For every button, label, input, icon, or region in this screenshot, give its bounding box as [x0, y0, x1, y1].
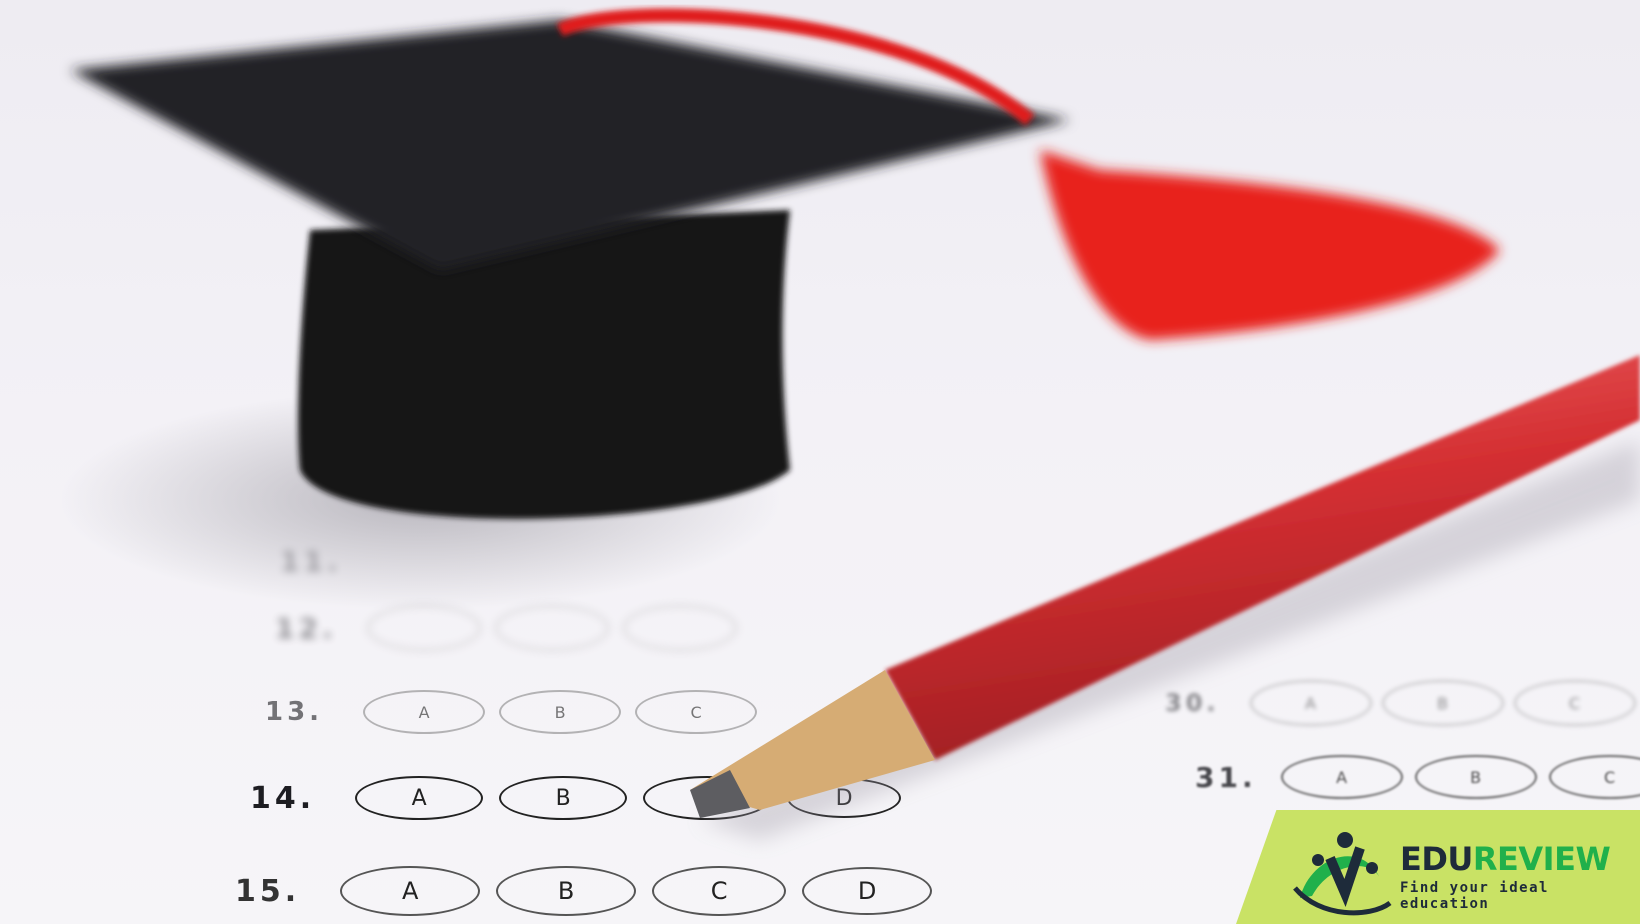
photo-scene: 11. 12. 13. A B C 14. A B C D [0, 0, 1640, 924]
students-graduates-logo-icon [1290, 818, 1400, 918]
brand-tagline: Find your ideal education [1400, 880, 1640, 912]
brand-name: EDUREVIEW [1400, 840, 1610, 878]
pencil-icon [0, 0, 1640, 924]
